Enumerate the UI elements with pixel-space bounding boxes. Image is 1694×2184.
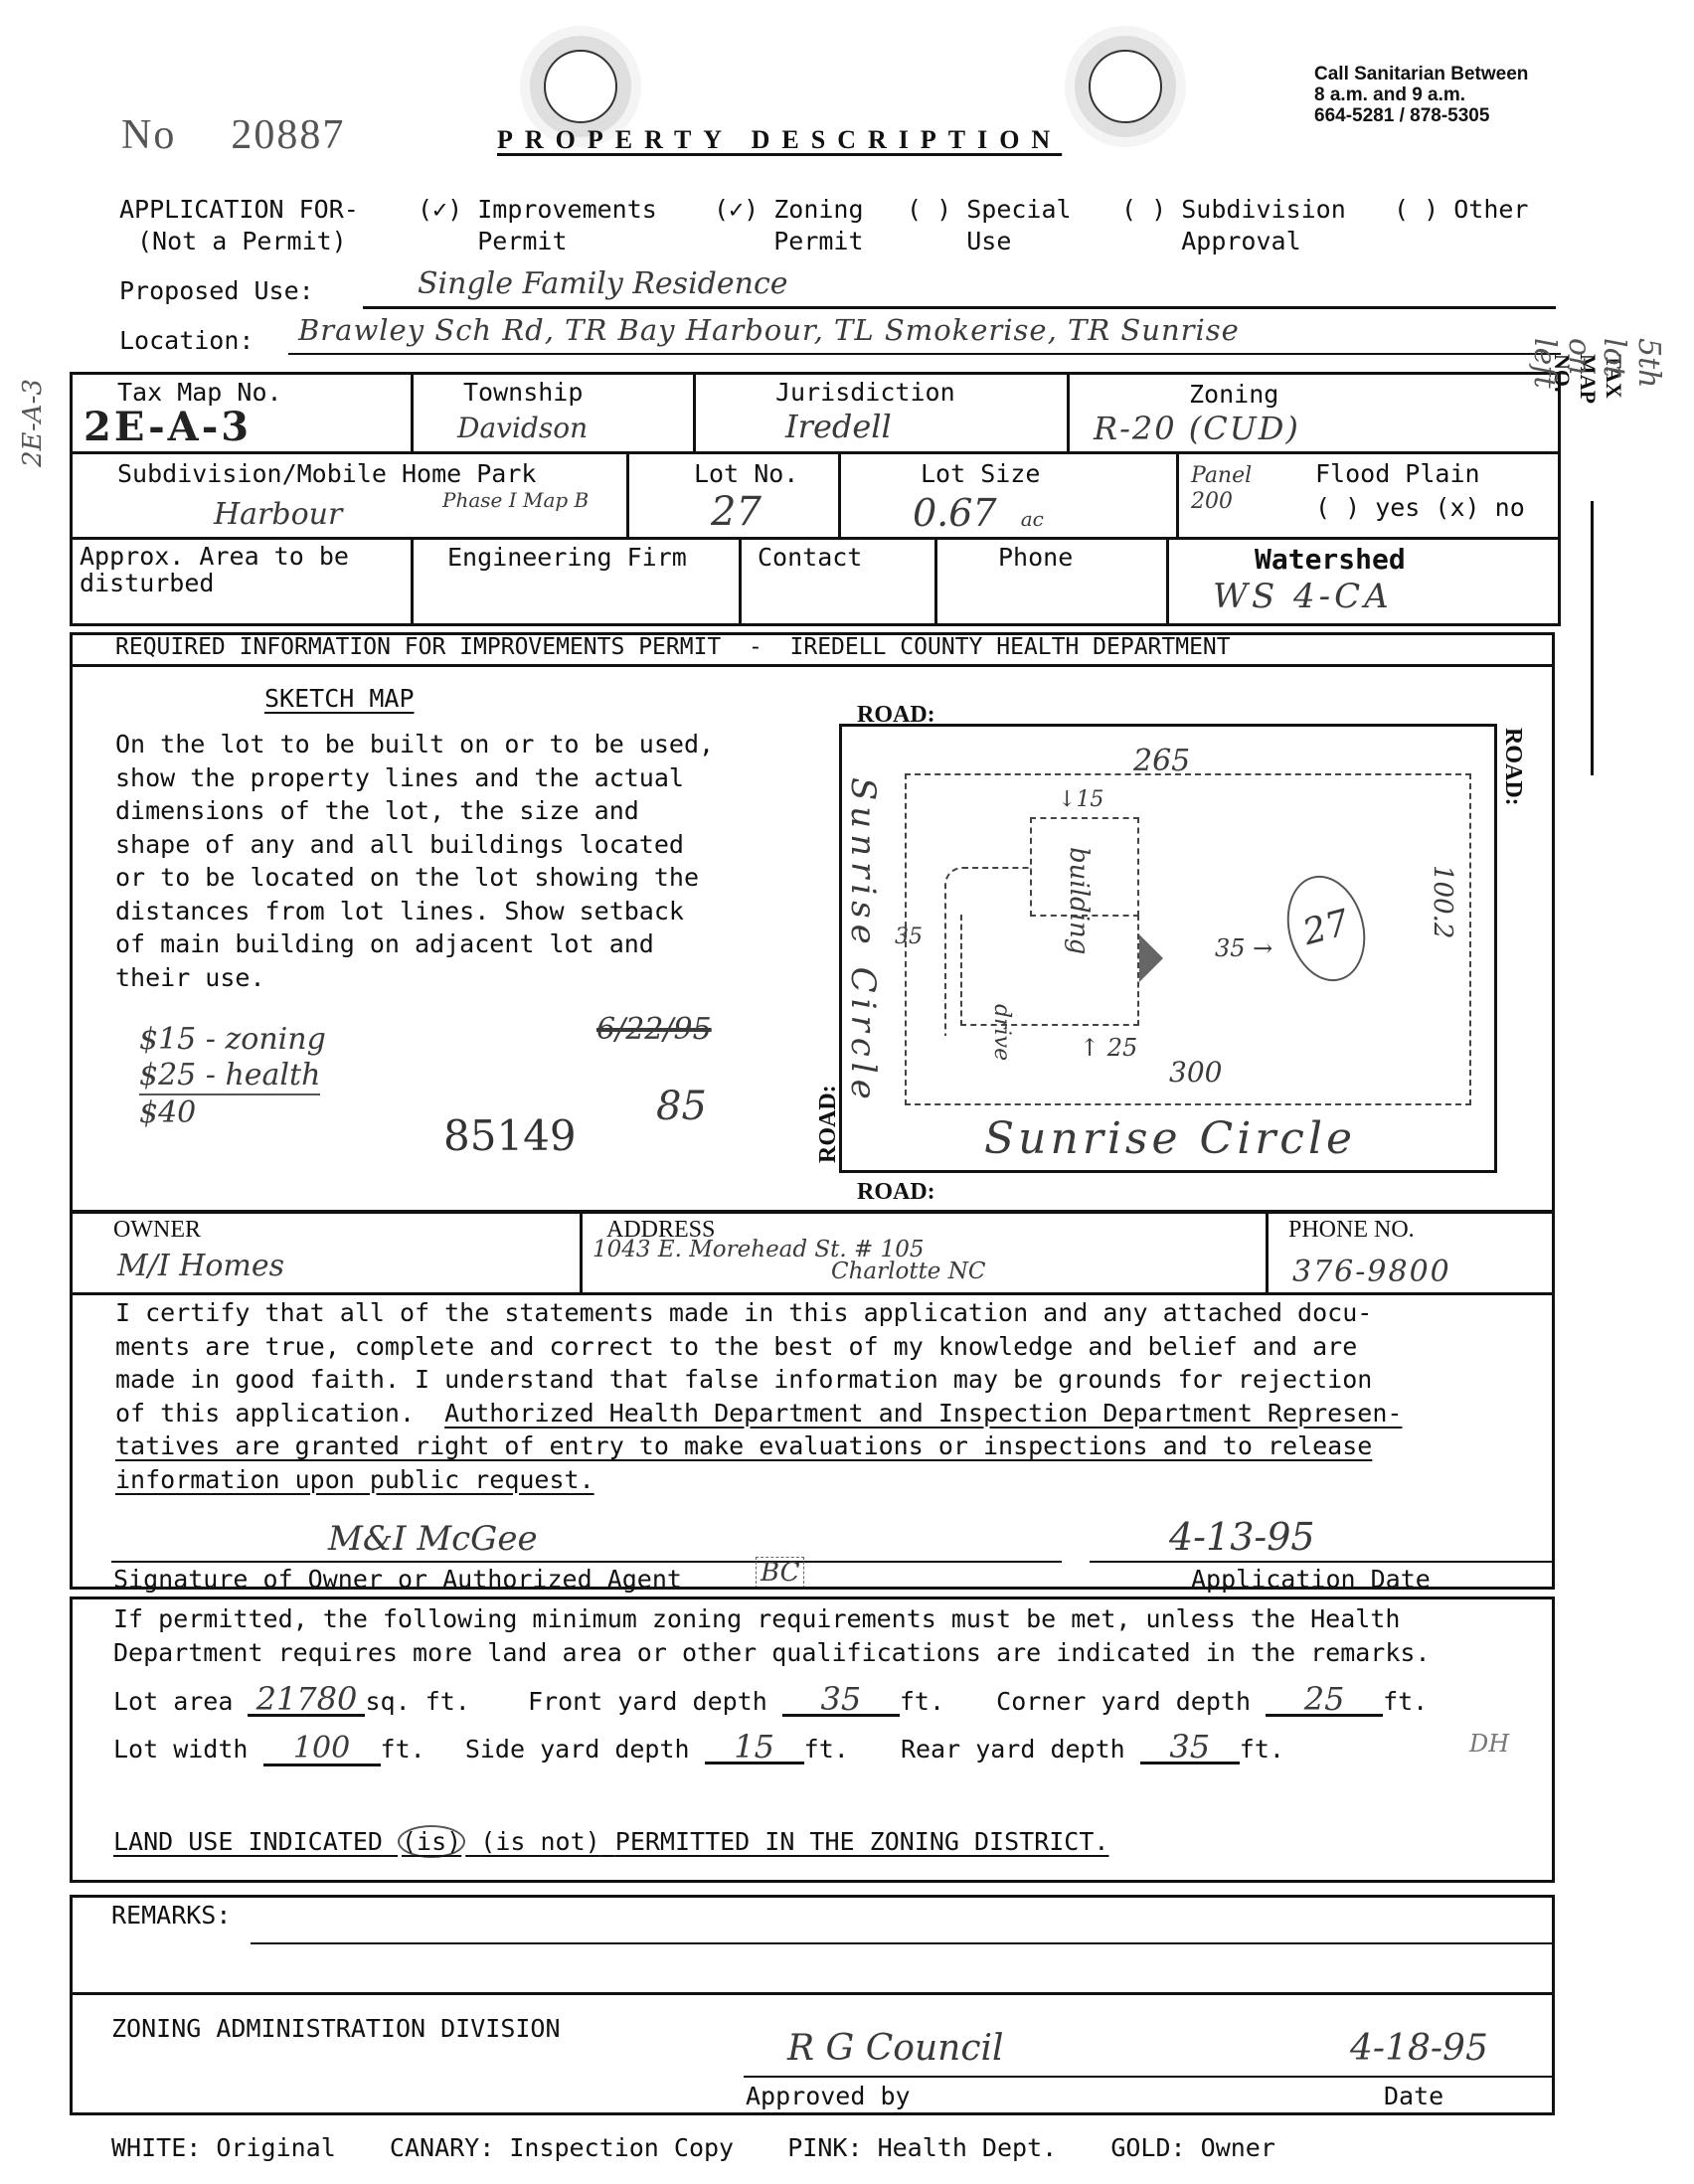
lot-no-value[interactable]: 27 — [711, 489, 762, 535]
engineering-firm-label: Engineering Firm — [447, 543, 687, 572]
owner-label: OWNER — [113, 1217, 201, 1244]
sketch-instructions: On the lot to be built on or to be used,… — [115, 728, 714, 994]
watershed-label: Watershed — [1255, 543, 1406, 576]
sketch-front-setback: ↓15 — [1058, 787, 1103, 812]
table-col-divider — [411, 372, 414, 453]
owner-signature[interactable]: M&I McGee — [328, 1519, 538, 1559]
section-right-border — [1552, 1211, 1555, 1589]
watershed-value[interactable]: WS 4-CA — [1213, 577, 1393, 616]
phone-col-divider — [1266, 1211, 1269, 1294]
proposed-use-field[interactable]: Single Family Residence — [418, 266, 788, 301]
certification-text: I certify that all of the statements mad… — [115, 1296, 1402, 1496]
phone-label: Phone — [998, 543, 1073, 572]
form-number: No 20887 — [121, 111, 345, 159]
driveway — [944, 867, 1032, 1036]
proposed-use-label: Proposed Use: — [119, 276, 314, 305]
sketch-left-road: Sunrise Circle — [843, 777, 883, 1105]
table-col-divider — [411, 537, 414, 626]
table-row-divider — [70, 537, 1561, 540]
zoning-row-1: Lot area 21780sq. ft. Front yard depth 3… — [113, 1684, 1428, 1717]
township-value[interactable]: Davidson — [457, 412, 588, 444]
margin-tax-map-line — [1591, 501, 1594, 775]
option-subdivision-approval[interactable]: ( ) Subdivision Approval — [1121, 194, 1346, 257]
approved-by-signature[interactable]: R G Council — [787, 2028, 1004, 2069]
tax-map-value[interactable]: 2E-A-3 — [84, 404, 252, 450]
approval-line — [744, 2076, 1555, 2078]
number-prefix: No — [121, 112, 176, 158]
sketch-side-setback: 35 — [895, 924, 923, 949]
table-row-divider — [70, 451, 1561, 454]
margin-right-note: 5th lot on left — [1527, 338, 1666, 389]
lot-area-field[interactable]: 21780 — [248, 1684, 365, 1717]
crossed-out-note: 6/22/95 — [596, 1012, 712, 1047]
checkbox-improvements[interactable]: (✓) — [418, 195, 462, 224]
zoning-label: Zoning — [1189, 380, 1278, 409]
owner-col-divider — [580, 1211, 583, 1294]
front-yard-field[interactable]: 35 — [782, 1684, 900, 1717]
phone-no-value[interactable]: 376-9800 — [1292, 1255, 1451, 1289]
proposed-use-underline — [363, 306, 1556, 309]
building-porch — [1139, 934, 1163, 982]
option-other[interactable]: ( ) Other — [1394, 194, 1528, 226]
option-special-use[interactable]: ( ) Special Use — [907, 194, 1072, 257]
approval-date-label: Date — [1384, 2082, 1443, 2110]
zoning-intro: If permitted, the following minimum zoni… — [113, 1602, 1431, 1669]
subdivision-phase-note: Phase I Map B — [442, 491, 621, 510]
remarks-field[interactable] — [254, 1946, 1547, 1990]
receipt-number: 85149 — [443, 1111, 577, 1160]
rear-yard-field[interactable]: 35 — [1140, 1732, 1240, 1764]
form-number-value: 20887 — [231, 112, 345, 158]
land-use-is-not-option[interactable]: (is not) — [480, 1827, 599, 1856]
application-for-label: APPLICATION FOR- (Not a Permit) — [119, 194, 359, 257]
subdivision-label: Subdivision/Mobile Home Park — [117, 459, 536, 488]
lot-size-value[interactable]: 0.67 ac — [913, 491, 1044, 535]
flood-plain-no: no — [1495, 493, 1525, 522]
table-col-divider — [934, 537, 937, 626]
punch-hole-right — [1089, 50, 1162, 123]
lot-width-field[interactable]: 100 — [263, 1734, 381, 1766]
table-col-divider — [1176, 451, 1179, 539]
section-left-border — [70, 1211, 73, 1589]
phone-no-label: PHONE NO. — [1288, 1217, 1415, 1244]
zoning-margin-note: DH — [1469, 1730, 1509, 1758]
lot-size-label: Lot Size — [921, 459, 1040, 488]
table-col-divider — [1166, 537, 1169, 626]
sketch-right-setback: 35 → — [1215, 934, 1272, 962]
application-date-line — [1090, 1561, 1555, 1563]
table-col-divider — [626, 451, 629, 539]
sketch-driveway-label: drive — [989, 1004, 1014, 1061]
table-col-divider — [838, 451, 841, 539]
flood-plain-no-checkbox[interactable]: (x) — [1435, 493, 1479, 522]
side-note: 85 — [656, 1084, 707, 1129]
sketch-building-label: building — [1064, 847, 1094, 954]
approved-by-label: Approved by — [746, 2082, 911, 2110]
copy-distribution: WHITE: Original CANARY: Inspection Copy … — [111, 2133, 1275, 2162]
sketch-bottom-road: Sunrise Circle — [984, 1113, 1356, 1164]
side-yard-field[interactable]: 15 — [705, 1732, 804, 1764]
land-use-is-option[interactable]: (is) — [398, 1825, 465, 1858]
road-label-right: ROAD: — [1499, 728, 1526, 806]
sanitarian-info: Call Sanitarian Between 8 a.m. and 9 a.m… — [1314, 64, 1528, 126]
sketch-rear-setback: ↑ 25 — [1080, 1034, 1137, 1062]
margin-left-note: 2E-A-3 — [18, 379, 48, 467]
remarks-line — [251, 1942, 1555, 1944]
owner-row-top — [70, 1211, 1555, 1214]
address-value[interactable]: 1043 E. Morehead St. # 105 Charlotte NC — [593, 1239, 985, 1282]
township-label: Township — [463, 378, 583, 407]
approval-date-value[interactable]: 4-18-95 — [1350, 2028, 1488, 2069]
certification-bottom — [70, 1587, 1555, 1590]
land-use-statement: LAND USE INDICATED (is) (is not) PERMITT… — [113, 1827, 1108, 1856]
tax-map-label: Tax Map No. — [117, 378, 282, 407]
page-title: PROPERTY DESCRIPTION — [497, 125, 1062, 155]
road-label-bottom: ROAD: — [857, 1179, 935, 1206]
jurisdiction-label: Jurisdiction — [775, 378, 955, 407]
sketch-right-dimension: 100.2 — [1428, 865, 1457, 938]
subdivision-value[interactable]: Harbour — [214, 497, 342, 532]
flood-plain-yes[interactable]: ( ) yes — [1315, 493, 1420, 522]
signature-line — [111, 1561, 1062, 1563]
lot-no-label: Lot No. — [694, 459, 798, 488]
sketch-map-title: SKETCH MAP — [264, 684, 415, 713]
location-underline — [288, 353, 1561, 355]
checkbox-zoning[interactable]: (✓) — [714, 195, 759, 224]
zoning-value[interactable]: R-20 (CUD) — [1094, 410, 1300, 447]
application-date-value[interactable]: 4-13-95 — [1169, 1515, 1315, 1559]
location-label: Location: — [119, 326, 254, 355]
improvements-section-title: REQUIRED INFORMATION FOR IMPROVEMENTS PE… — [115, 634, 1231, 660]
jurisdiction-value[interactable]: Iredell — [785, 408, 892, 445]
checkbox-other[interactable]: ( ) — [1394, 195, 1439, 224]
location-field[interactable]: Brawley Sch Rd, TR Bay Harbour, TL Smoke… — [298, 313, 1240, 347]
checkbox-special-use[interactable]: ( ) — [907, 195, 951, 224]
fee-notes: $15 - zoning $25 - health $40 — [139, 1022, 326, 1131]
agent-initials: BC — [756, 1557, 804, 1589]
improvements-header-divider — [70, 664, 1555, 667]
flood-panel-note: Panel 200 — [1191, 463, 1270, 515]
sanitarian-line2: 8 a.m. and 9 a.m. — [1314, 84, 1528, 105]
corner-yard-field[interactable]: 25 — [1266, 1684, 1383, 1717]
contact-label: Contact — [758, 543, 862, 572]
zoning-admin-label: ZONING ADMINISTRATION DIVISION — [111, 2014, 561, 2043]
sketch-bottom-dimension: 300 — [1169, 1056, 1222, 1089]
approx-area-label: Approx. Area to be disturbed — [80, 543, 398, 596]
table-col-divider — [739, 537, 742, 626]
table-col-divider — [693, 372, 696, 453]
sanitarian-line1: Call Sanitarian Between — [1314, 64, 1528, 84]
flood-plain-options: ( ) yes (x) no — [1315, 493, 1525, 522]
sketch-top-dimension: 265 — [1133, 744, 1190, 778]
option-improvements-permit[interactable]: (✓) Improvements Permit — [418, 194, 657, 257]
option-zoning-permit[interactable]: (✓) Zoning Permit — [714, 194, 864, 257]
owner-value[interactable]: M/I Homes — [117, 1249, 284, 1283]
table-col-divider — [1067, 372, 1070, 453]
remarks-label: REMARKS: — [111, 1901, 231, 1930]
road-label-left: ROAD: — [815, 1085, 842, 1163]
checkbox-subdivision[interactable]: ( ) — [1121, 195, 1166, 224]
sanitarian-phones: 664-5281 / 878-5305 — [1314, 105, 1528, 126]
remarks-divider — [70, 1992, 1555, 1995]
flood-plain-label: Flood Plain — [1315, 459, 1480, 488]
punch-hole-left — [544, 50, 617, 123]
owner-row-bottom — [70, 1292, 1555, 1295]
zoning-row-2: Lot width 100ft. Side yard depth 15ft. R… — [113, 1732, 1284, 1766]
